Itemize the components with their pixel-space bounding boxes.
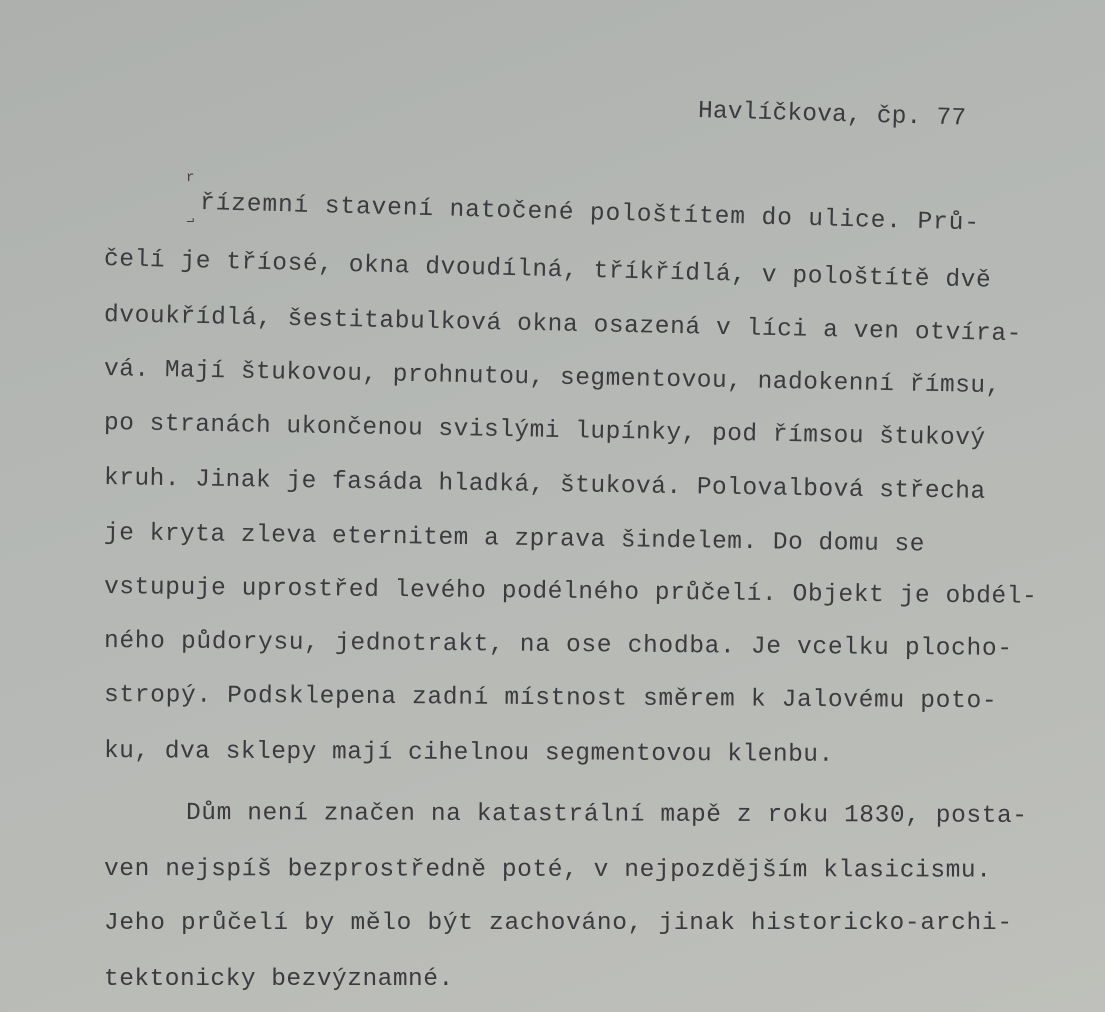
text-line: řízemní stavení natočené pološtítem do u… (200, 190, 981, 237)
text-line: ného půdorysu, jednotrakt, na ose chodba… (104, 628, 1013, 663)
text-line: tektonicky bezvýznamné. (104, 966, 454, 993)
text-line: vstupuje uprostřed levého podélného průč… (104, 574, 1038, 611)
typewritten-page: Havlíčkova, čp. 77 r ⌐ řízemní stavení n… (0, 0, 1105, 1012)
text-line: čelí je tříosé, okna dvoudílná, tříkřídl… (104, 246, 992, 295)
text-line: Jeho průčelí by mělo být zachováno, jina… (104, 910, 1013, 937)
text-line: ven nejspíš bezprostředně poté, v nejpoz… (104, 856, 992, 885)
text-line: stropý. Podsklepena zadní místnost směre… (104, 682, 998, 715)
correction-mark-bottom: ⌐ (186, 212, 195, 228)
text-line: ku, dva sklepy mají cihelnou segmentovou… (104, 738, 834, 769)
text-line: je kryta zleva eternitem a zprava šindel… (104, 520, 925, 558)
text-line: vá. Mají štukovou, prohnutou, segmentovo… (104, 356, 1001, 400)
document-heading: Havlíčkova, čp. 77 (698, 98, 967, 132)
text-line: dvoukřídlá, šestitabulková okna osazená … (104, 302, 1023, 348)
correction-mark-top: r (186, 170, 195, 186)
text-line: po stranách ukončenou svislými lupínky, … (104, 410, 986, 452)
text-line: Dům není značen na katastrální mapě z ro… (186, 800, 1028, 830)
text-line: kruh. Jinak je fasáda hladká, štuková. P… (104, 465, 986, 506)
